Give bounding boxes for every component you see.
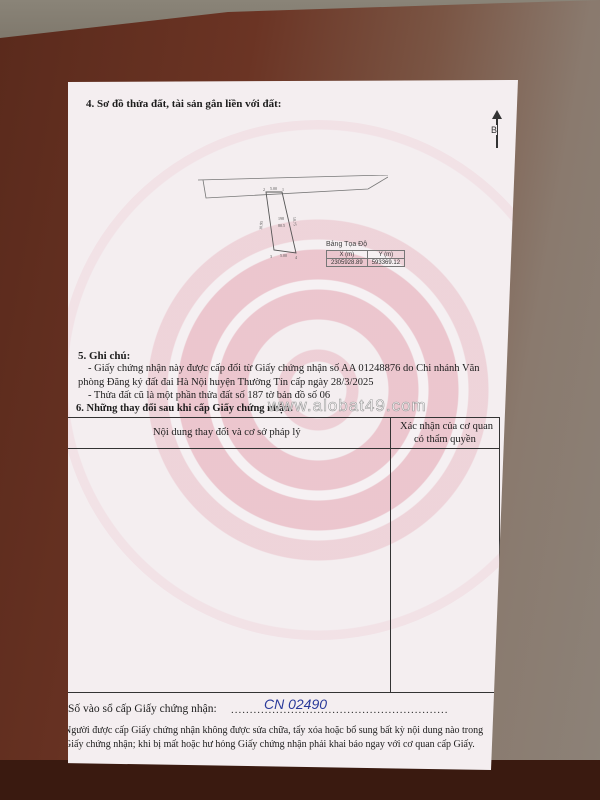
table-header-divider xyxy=(67,448,499,449)
coord-value-y: 593369.12 xyxy=(367,259,404,267)
background-floor xyxy=(0,0,600,40)
coordinate-table: X (m) Y (m) 2305928.89 593369.12 xyxy=(326,250,405,267)
point-3: 3 xyxy=(270,254,272,259)
edge-right-length: 18.75 xyxy=(292,217,298,226)
point-1: 1 xyxy=(282,187,284,192)
note-line-2: phòng Đăng ký đất đai Hà Nội huyện Thườn… xyxy=(78,377,373,388)
parcel-number: 198 xyxy=(278,216,284,221)
changes-content-column xyxy=(67,418,391,692)
edge-top-length: 5.00 xyxy=(270,186,277,191)
footer-warning-line-1: Người được cấp Giấy chứng nhận không đượ… xyxy=(64,725,483,736)
coord-header-y: Y (m) xyxy=(367,251,404,259)
website-watermark: www.alobat49.com xyxy=(268,396,427,416)
registration-number-value: CN 02490 xyxy=(264,696,327,712)
changes-col2-header-line1: Xác nhận của cơ quan xyxy=(400,421,493,432)
edge-left-length: 18.95 xyxy=(258,221,264,230)
edge-bottom-length: 5.00 xyxy=(280,253,287,258)
certificate-page: 4. Sơ đồ thửa đất, tài sản gắn liền với … xyxy=(68,80,518,770)
point-4: 4 xyxy=(295,255,297,260)
changes-col2-header-line2: có thẩm quyền xyxy=(414,434,476,445)
point-2: 2 xyxy=(263,187,265,192)
north-label: B xyxy=(491,125,497,135)
parcel-area: 80.5 xyxy=(278,223,285,228)
footer-warning-line-2: Giấy chứng nhận; khi bị mất hoặc hư hỏng… xyxy=(64,739,475,750)
coord-value-x: 2305928.89 xyxy=(327,259,368,267)
changes-table xyxy=(66,417,500,693)
section-6-title: 6. Những thay đổi sau khi cấp Giấy chứng… xyxy=(76,403,293,414)
coord-header-x: X (m) xyxy=(327,251,368,259)
registration-number-label: Số vào sổ cấp Giấy chứng nhận: xyxy=(68,703,217,715)
changes-col1-header: Nội dung thay đổi và cơ sở pháp lý xyxy=(153,427,301,438)
note-line-1: - Giấy chứng nhận này được cấp đổi từ Gi… xyxy=(88,363,479,374)
coordinate-table-title: Bảng Tọa Độ xyxy=(326,241,367,248)
section-4-title: 4. Sơ đồ thửa đất, tài sản gắn liền với … xyxy=(86,98,281,110)
section-5-title: 5. Ghi chú: xyxy=(78,350,130,362)
